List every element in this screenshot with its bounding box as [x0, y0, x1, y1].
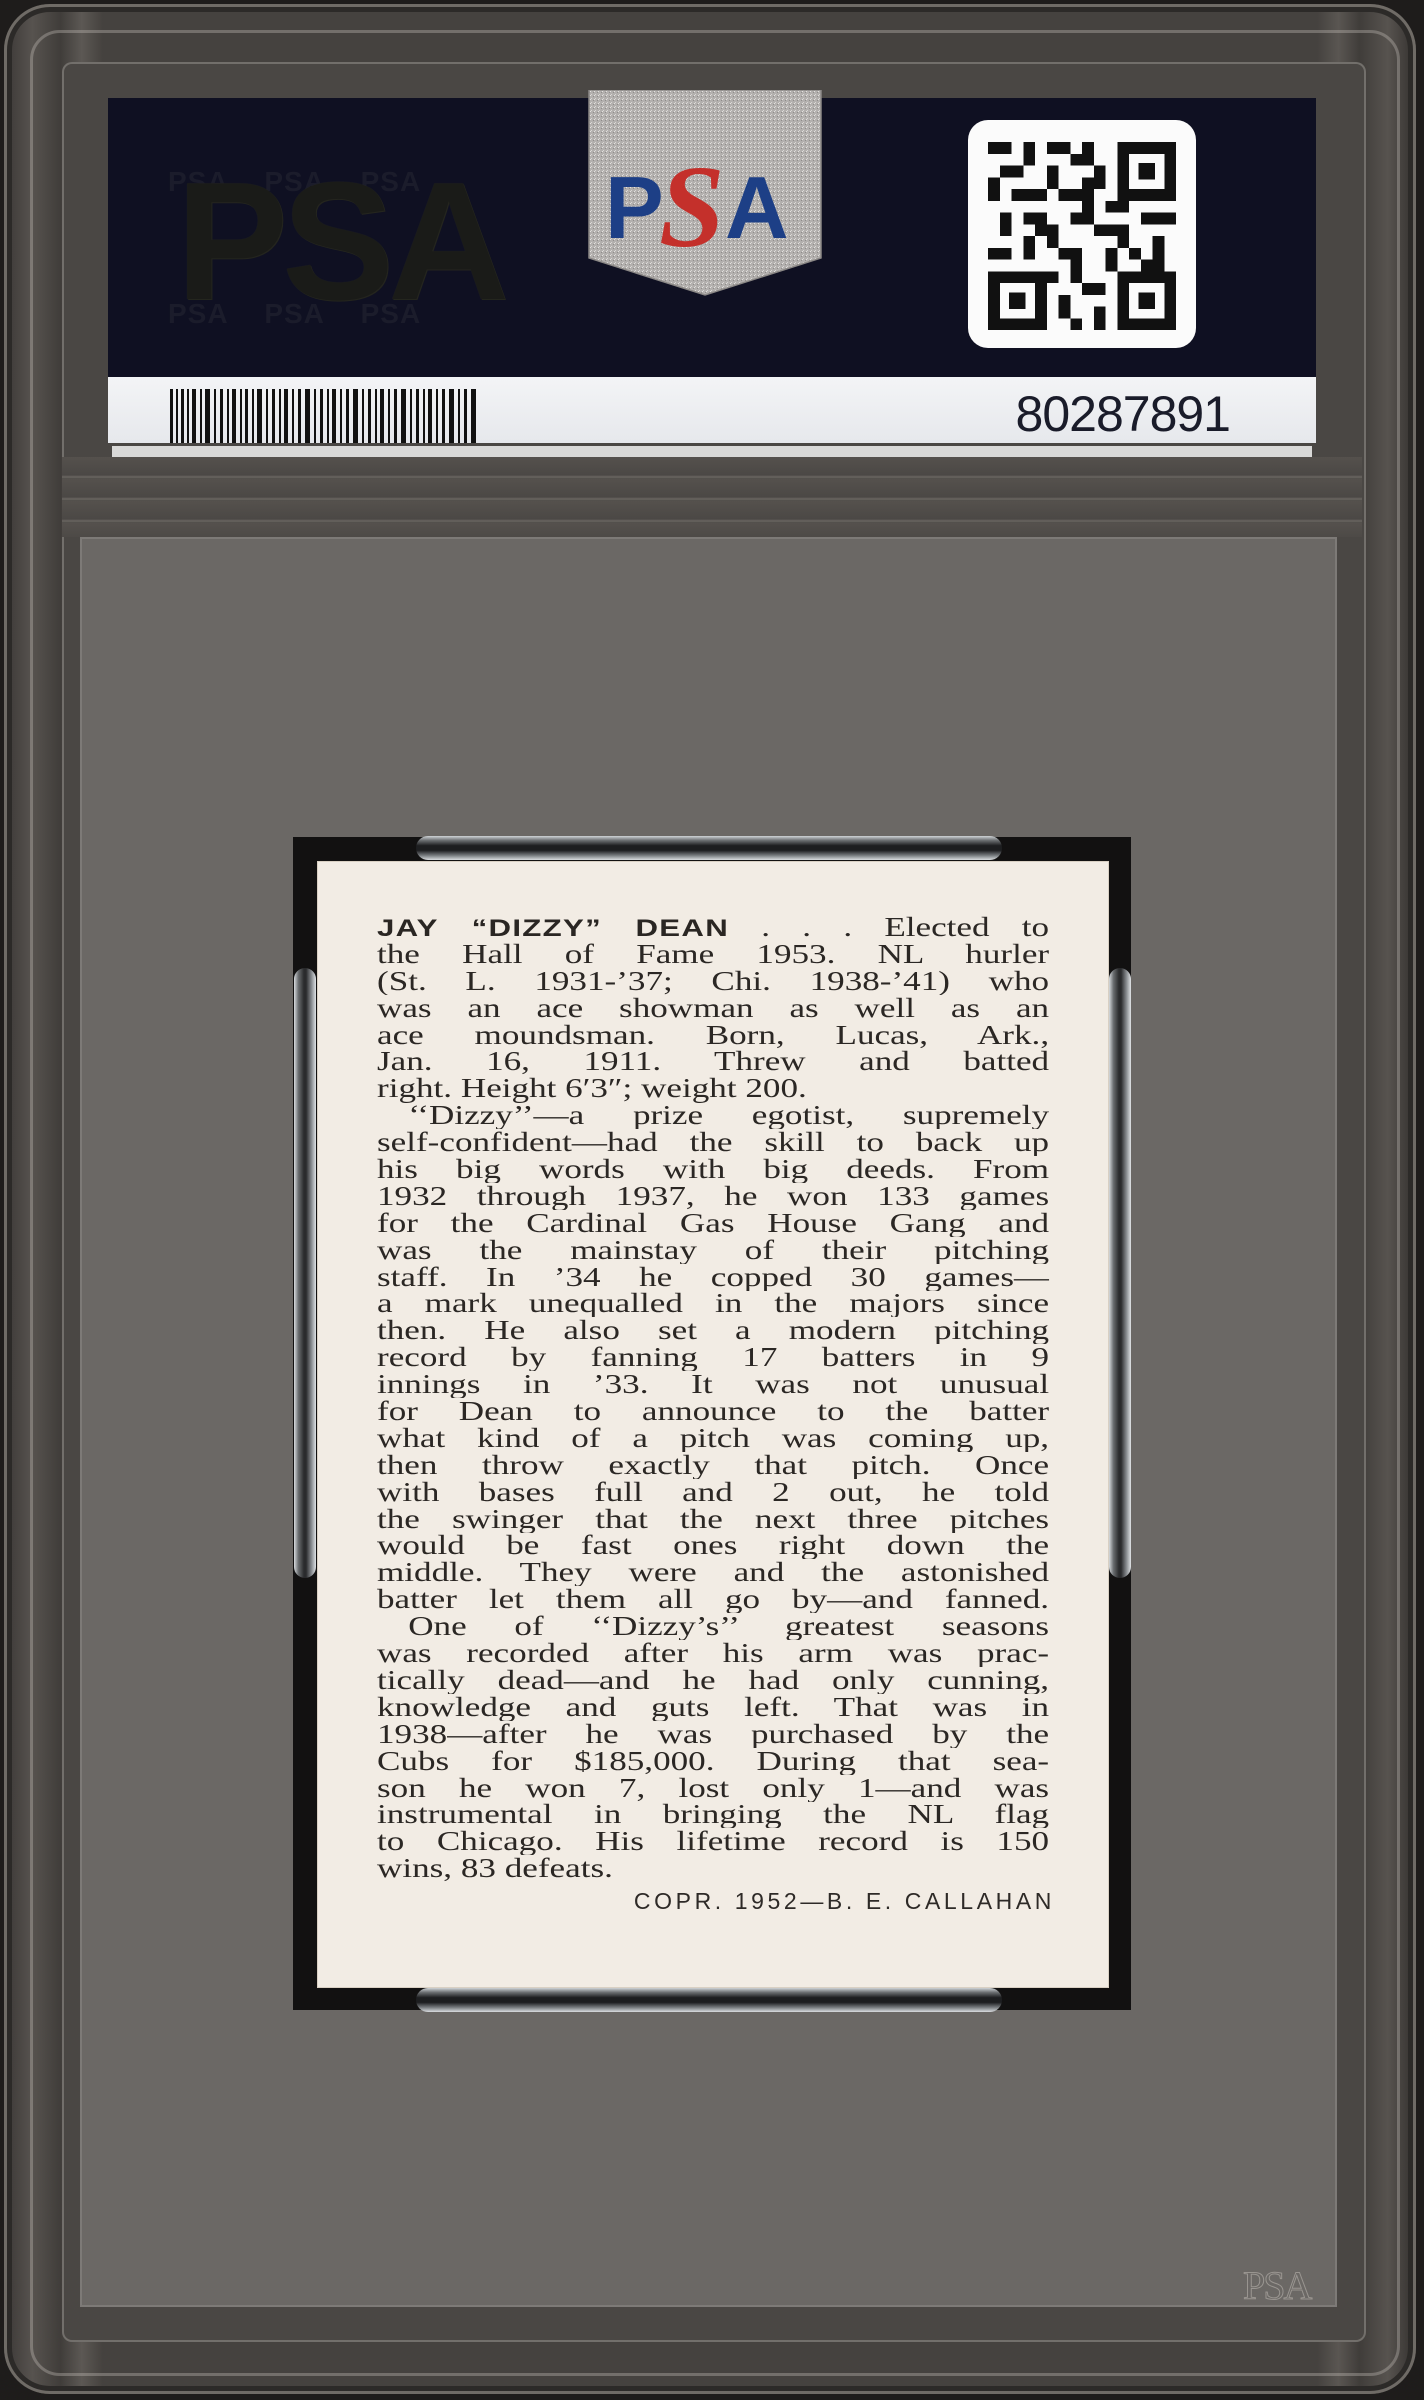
bio-line-text: ace moundsman. Born, Lucas, Ark., [377, 1022, 1049, 1049]
bio-line-text: was an ace showman as well as an [377, 995, 1049, 1022]
bio-line-header: JAY “DIZZY” DEAN . . . Elected to [377, 914, 1049, 941]
bio-line: his big words with big deeds. From [377, 1156, 1049, 1183]
bio-line-text: Cubs for $185,000. During that sea- [377, 1748, 1049, 1775]
bio-line: Jan. 16, 1911. Threw and batted [377, 1048, 1049, 1075]
bio-line-text: then. He also set a modern pitching [377, 1317, 1049, 1344]
psa-shield-logo: P A S [587, 90, 823, 297]
bio-line: the Hall of Fame 1953. NL hurler [377, 941, 1049, 968]
bio-line-text: the Hall of Fame 1953. NL hurler [377, 941, 1049, 968]
bio-line: was the mainstay of their pitching [377, 1237, 1049, 1264]
bio-line: wins, 83 defeats. [377, 1855, 1049, 1882]
bio-line-text: 1932 through 1937, he won 133 games [377, 1183, 1049, 1210]
bio-line: was recorded after his arm was prac- [377, 1640, 1049, 1667]
bio-line: for Dean to announce to the batter [377, 1398, 1049, 1425]
bio-line-text: instrumental in bringing the NL flag [377, 1801, 1049, 1828]
bio-line-text: for Dean to announce to the batter [377, 1398, 1049, 1425]
bio-line-text: knowledge and guts left. That was in [377, 1694, 1049, 1721]
bio-line-text: wins, 83 defeats. [377, 1855, 1049, 1882]
bottom-card-clip [416, 1988, 1002, 2012]
bio-line-text: son he won 7, lost only 1—and was [377, 1775, 1049, 1802]
top-card-clip [416, 836, 1002, 860]
bio-line: staff. In ’34 he copped 30 games— [377, 1264, 1049, 1291]
psa-watermark-logo: PSA [176, 176, 503, 306]
svg-text:A: A [725, 158, 789, 257]
bio-line-text: for the Cardinal Gas House Gang and [377, 1210, 1049, 1237]
svg-text:S: S [659, 141, 725, 272]
bio-line-text: Jan. 16, 1911. Threw and batted [377, 1048, 1049, 1075]
qr-code[interactable] [968, 120, 1196, 348]
bio-line-text: a mark unequalled in the majors since [377, 1290, 1049, 1317]
player-name-header: JAY “DIZZY” DEAN [377, 915, 729, 941]
bio-line-text: right. Height 6′3″; weight 200. [377, 1075, 1049, 1102]
bio-line-text: was the mainstay of their pitching [377, 1237, 1049, 1264]
bio-line-text: with bases full and 2 out, he told [377, 1479, 1049, 1506]
bio-line: would be fast ones right down the [377, 1532, 1049, 1559]
slab-ridge-band [62, 457, 1362, 537]
bio-line: 1938—after he was purchased by the [377, 1721, 1049, 1748]
bio-line: One of ‘‘Dizzy’s’’ greatest seasons [377, 1613, 1049, 1640]
bio-line: self-confident—had the skill to back up [377, 1129, 1049, 1156]
bio-line-text: staff. In ’34 he copped 30 games— [377, 1264, 1049, 1291]
bio-line: the swinger that the next three pitches [377, 1506, 1049, 1533]
bio-lines: the Hall of Fame 1953. NL hurler(St. L. … [377, 941, 1049, 1882]
bio-line-text: innings in ’33. It was not unusual [377, 1371, 1049, 1398]
bio-line: knowledge and guts left. That was in [377, 1694, 1049, 1721]
bio-line: what kind of a pitch was coming up, [377, 1425, 1049, 1452]
bio-line: Cubs for $185,000. During that sea- [377, 1748, 1049, 1775]
bio-line: for the Cardinal Gas House Gang and [377, 1210, 1049, 1237]
cert-number: 80287891 [958, 386, 1230, 442]
bio-line-text: middle. They were and the astonished [377, 1559, 1049, 1586]
bio-line: ‘‘Dizzy’’—a prize egotist, supremely [377, 1102, 1049, 1129]
bio-line-text: would be fast ones right down the [377, 1532, 1049, 1559]
bio-line: innings in ’33. It was not unusual [377, 1371, 1049, 1398]
svg-text:P: P [605, 158, 664, 257]
label-strip-reflection [112, 446, 1312, 457]
header-continuation: . . . Elected to [729, 914, 1049, 941]
bio-line: (St. L. 1931-’37; Chi. 1938-’41) who [377, 968, 1049, 995]
bio-line: ace moundsman. Born, Lucas, Ark., [377, 1022, 1049, 1049]
left-card-clip [294, 968, 316, 1578]
bio-line-text: was recorded after his arm was prac- [377, 1640, 1049, 1667]
bio-line: instrumental in bringing the NL flag [377, 1801, 1049, 1828]
bio-line-text: then throw exactly that pitch. Once [377, 1452, 1049, 1479]
bio-line-text: tically dead—and he had only cunning, [377, 1667, 1049, 1694]
bio-line-text: One of ‘‘Dizzy’s’’ greatest seasons [377, 1613, 1049, 1640]
bio-line: was an ace showman as well as an [377, 995, 1049, 1022]
barcode [170, 389, 480, 448]
card-bio-text: JAY “DIZZY” DEAN . . . Elected to the Ha… [377, 914, 1049, 1882]
bio-line-text: record by fanning 17 batters in 9 [377, 1344, 1049, 1371]
psa-corner-emboss: PSA [1243, 2262, 1310, 2309]
bio-line: record by fanning 17 batters in 9 [377, 1344, 1049, 1371]
bio-line-text: his big words with big deeds. From [377, 1156, 1049, 1183]
bio-line-text: what kind of a pitch was coming up, [377, 1425, 1049, 1452]
bio-line-text: to Chicago. His lifetime record is 150 [377, 1828, 1049, 1855]
bio-line-text: 1938—after he was purchased by the [377, 1721, 1049, 1748]
bio-line-text: the swinger that the next three pitches [377, 1506, 1049, 1533]
bio-line: to Chicago. His lifetime record is 150 [377, 1828, 1049, 1855]
bio-line: right. Height 6′3″; weight 200. [377, 1075, 1049, 1102]
bio-line: with bases full and 2 out, he told [377, 1479, 1049, 1506]
bio-line-text: (St. L. 1931-’37; Chi. 1938-’41) who [377, 968, 1049, 995]
bio-line: son he won 7, lost only 1—and was [377, 1775, 1049, 1802]
bio-line-text: ‘‘Dizzy’’—a prize egotist, supremely [377, 1102, 1049, 1129]
bio-line-text: self-confident—had the skill to back up [377, 1129, 1049, 1156]
bio-line: then. He also set a modern pitching [377, 1317, 1049, 1344]
bio-line: a mark unequalled in the majors since [377, 1290, 1049, 1317]
bio-line: 1932 through 1937, he won 133 games [377, 1183, 1049, 1210]
bio-line: middle. They were and the astonished [377, 1559, 1049, 1586]
bio-line: batter let them all go by—and fanned. [377, 1586, 1049, 1613]
bio-line: tically dead—and he had only cunning, [377, 1667, 1049, 1694]
bio-line-text: batter let them all go by—and fanned. [377, 1586, 1049, 1613]
copyright-line: COPR. 1952—B. E. CALLAHAN [520, 1888, 1055, 1915]
right-card-clip [1109, 968, 1131, 1578]
bio-line: then throw exactly that pitch. Once [377, 1452, 1049, 1479]
